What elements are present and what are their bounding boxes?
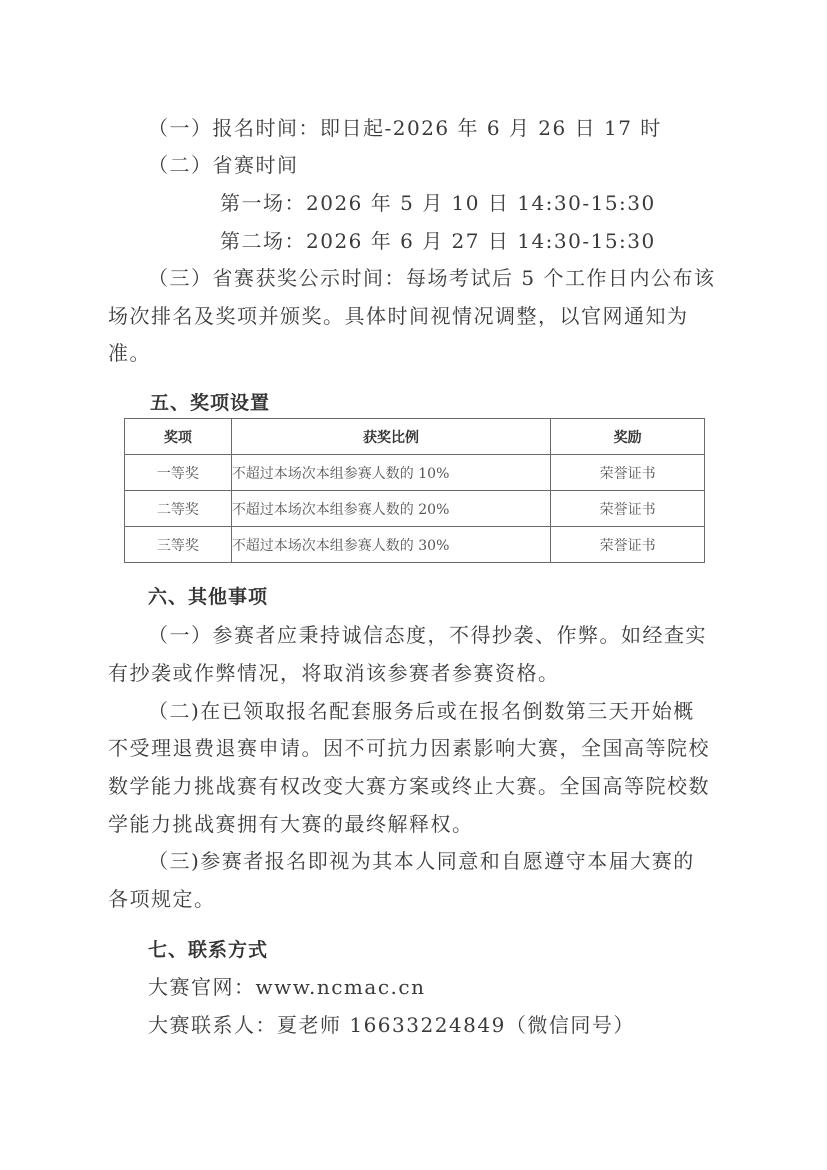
table-row: 三等奖 不超过本场次本组参赛人数的 30% 荣誉证书 (125, 527, 705, 563)
award-cell: 三等奖 (125, 527, 232, 563)
award-announcement-line3: 准。 (108, 341, 151, 365)
award-cell: 一等奖 (125, 455, 232, 491)
reward-cell: 荣誉证书 (551, 491, 705, 527)
ratio-cell: 不超过本场次本组参赛人数的 10% (231, 455, 550, 491)
header-reward: 奖励 (551, 419, 705, 455)
contact-note: （微信同号） (506, 1013, 635, 1037)
reward-cell: 荣誉证书 (551, 527, 705, 563)
session-1: 第一场：2026 年 5 月 10 日 14:30-15:30 (220, 191, 656, 215)
session-2: 第二场：2026 年 6 月 27 日 14:30-15:30 (220, 229, 656, 253)
header-award: 奖项 (125, 419, 232, 455)
website-link[interactable]: www.ncmac.cn (256, 975, 426, 999)
website-label: 大赛官网： (148, 975, 256, 999)
consent-line1: （三)参赛者报名即视为其本人同意和自愿遵守本届大赛的 (148, 849, 695, 873)
ratio-cell: 不超过本场次本组参赛人数的 20% (231, 491, 550, 527)
table-row: 二等奖 不超过本场次本组参赛人数的 20% 荣誉证书 (125, 491, 705, 527)
reward-cell: 荣誉证书 (551, 455, 705, 491)
contact-phone: 16633224849 (349, 1013, 505, 1037)
header-ratio: 获奖比例 (231, 419, 550, 455)
registration-time: （一）报名时间：即日起-2026 年 6 月 26 日 17 时 (148, 116, 662, 140)
section7-title: 七、联系方式 (148, 938, 268, 962)
table-row: 一等奖 不超过本场次本组参赛人数的 10% 荣誉证书 (125, 455, 705, 491)
integrity-line1: （一）参赛者应秉持诚信态度，不得抄袭、作弊。如经查实 (148, 623, 707, 647)
award-announcement-line2: 场次排名及奖项并颁奖。具体时间视情况调整，以官网通知为 (108, 304, 689, 328)
consent-line2: 各项规定。 (108, 887, 216, 911)
refund-line4: 学能力挑战赛拥有大赛的最终解释权。 (108, 812, 474, 836)
contact-label: 大赛联系人：夏老师 (148, 1013, 349, 1037)
provincial-time-label: （二）省赛时间 (148, 153, 299, 177)
website-line: 大赛官网：www.ncmac.cn (148, 975, 425, 999)
section5-title: 五、奖项设置 (150, 391, 270, 415)
ratio-cell: 不超过本场次本组参赛人数的 30% (231, 527, 550, 563)
award-announcement-line1: （三）省赛获奖公示时间：每场考试后 5 个工作日内公布该 (148, 266, 715, 290)
awards-table: 奖项 获奖比例 奖励 一等奖 不超过本场次本组参赛人数的 10% 荣誉证书 二等… (124, 418, 705, 563)
contact-line: 大赛联系人：夏老师 16633224849（微信同号） (148, 1013, 635, 1037)
refund-line2: 不受理退费退赛申请。因不可抗力因素影响大赛，全国高等院校 (108, 736, 710, 760)
integrity-line2: 有抄袭或作弊情况，将取消该参赛者参赛资格。 (108, 661, 560, 685)
award-cell: 二等奖 (125, 491, 232, 527)
refund-line3: 数学能力挑战赛有权改变大赛方案或终止大赛。全国高等院校数 (108, 774, 710, 798)
table-header-row: 奖项 获奖比例 奖励 (125, 419, 705, 455)
section6-title: 六、其他事项 (148, 585, 268, 609)
refund-line1: （二)在已领取报名配套服务后或在报名倒数第三天开始概 (148, 699, 695, 723)
